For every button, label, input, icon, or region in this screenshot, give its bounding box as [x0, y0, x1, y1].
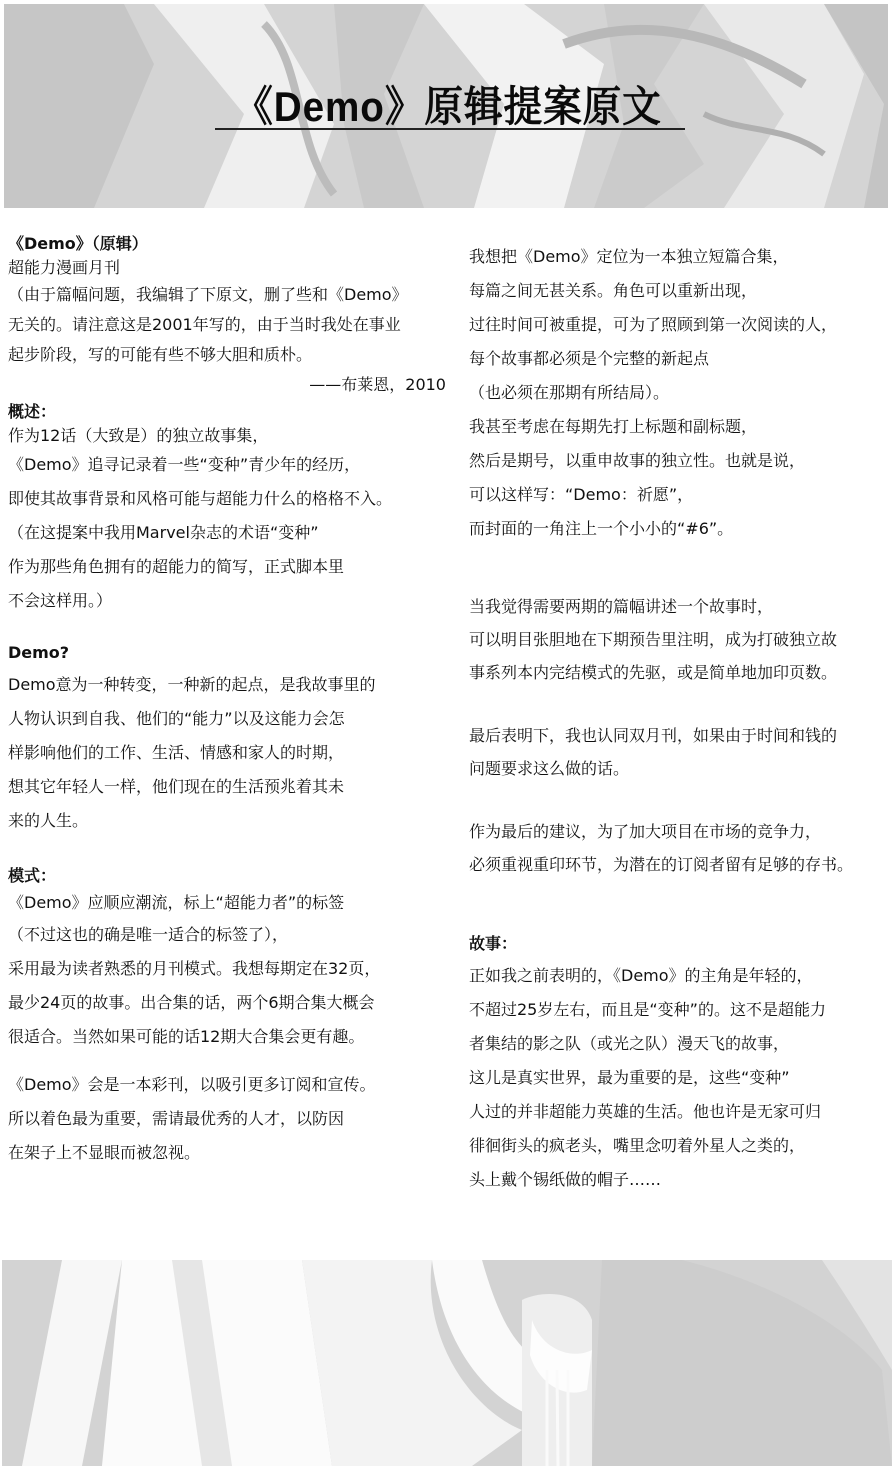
left-column: 《Demo》（原辑） 超能力漫画月刊 （由于篇幅问题，我编辑了下原文，删了些和《…: [8, 232, 448, 1170]
attribution: ——布莱恩，2010: [8, 370, 446, 400]
final-suggestion-line: 必须重视重印环节，为潜在的订阅者留有足够的存书。: [469, 848, 893, 881]
final-suggestion-line: 作为最后的建议，为了加大项目在市场的竞争力，: [469, 815, 893, 848]
intro-note-line: 无关的。请注意这是2001年写的，由于当时我处在事业: [8, 310, 448, 340]
demo-meaning-line: 样影响他们的工作、生活、情感和家人的时期，: [8, 736, 448, 770]
overview-line: 《Demo》追寻记录着一些“变种”青少年的经历，: [8, 448, 448, 482]
demo-meaning-line: 人物认识到自我、他们的“能力”以及这能力会怎: [8, 702, 448, 736]
positioning-line: 可以这样写：“Demo：祈愿”，: [469, 478, 893, 512]
story-line: 徘徊街头的疯老头，嘴里念叨着外星人之类的，: [469, 1129, 893, 1163]
overview-line: 即使其故事背景和风格可能与超能力什么的格格不入。: [8, 482, 448, 516]
bimonthly-line: 最后表明下，我也认同双月刊，如果由于时间和钱的: [469, 719, 893, 752]
story-line: 不超过25岁左右，而且是“变种”的。这不是超能力: [469, 993, 893, 1027]
color-line: 在架子上不显眼而被忽视。: [8, 1136, 448, 1170]
intro-subheading: 超能力漫画月刊: [8, 256, 448, 280]
intro-note-line: （由于篇幅问题，我编辑了下原文，删了些和《Demo》: [8, 280, 448, 310]
page-title: 《Demo》原辑提案原文: [36, 74, 860, 134]
format-line: 很适合。当然如果可能的话12期大合集会更有趣。: [8, 1020, 448, 1054]
positioning-line: 过往时间可被重提，可为了照顾到第一次阅读的人，: [469, 308, 893, 342]
positioning-line: 每篇之间无甚关系。角色可以重新出现，: [469, 274, 893, 308]
format-line: 采用最为读者熟悉的月刊模式。我想每期定在32页，: [8, 952, 448, 986]
demo-meaning-heading: Demo?: [8, 638, 448, 668]
demo-meaning-line: Demo意为一种转变，一种新的起点，是我故事里的: [8, 668, 448, 702]
story-line: 正如我之前表明的，《Demo》的主角是年轻的，: [469, 959, 893, 993]
overview-line: 作为那些角色拥有的超能力的简写，正式脚本里: [8, 550, 448, 584]
positioning-line: 我甚至考虑在每期先打上标题和副标题，: [469, 410, 893, 444]
footer-art-illustration: [2, 1260, 892, 1466]
overview-heading: 概述：: [8, 400, 448, 424]
two-issue-line: 当我觉得需要两期的篇幅讲述一个故事时，: [469, 590, 893, 623]
format-line: 最少24页的故事。出合集的话，两个6期合集大概会: [8, 986, 448, 1020]
positioning-line: 而封面的一角注上一个小小的“#6”。: [469, 512, 893, 546]
title-underline-divider: [215, 128, 685, 130]
positioning-line: 然后是期号，以重申故事的独立性。也就是说，: [469, 444, 893, 478]
bimonthly-line: 问题要求这么做的话。: [469, 752, 893, 785]
overview-line: （在这提案中我用Marvel杂志的术语“变种”: [8, 516, 448, 550]
footer-art-banner: [2, 1260, 892, 1466]
two-issue-line: 可以明目张胆地在下期预告里注明，成为打破独立故: [469, 623, 893, 656]
right-column: 我想把《Demo》定位为一本独立短篇合集， 每篇之间无甚关系。角色可以重新出现，…: [469, 240, 893, 1197]
story-line: 者集结的影之队（或光之队）漫天飞的故事，: [469, 1027, 893, 1061]
color-line: 《Demo》会是一本彩刊，以吸引更多订阅和宣传。: [8, 1068, 448, 1102]
demo-meaning-line: 想其它年轻人一样，他们现在的生活预兆着其未: [8, 770, 448, 804]
two-issue-line: 事系列本内完结模式的先驱，或是简单地加印页数。: [469, 656, 893, 689]
intro-heading: 《Demo》（原辑）: [8, 232, 448, 256]
format-line: （不过这也的确是唯一适合的标签了），: [8, 918, 448, 952]
story-line: 这儿是真实世界，最为重要的是，这些“变种”: [469, 1061, 893, 1095]
overview-line: 作为12话（大致是）的独立故事集，: [8, 424, 448, 448]
story-line: 人过的并非超能力英雄的生活。他也许是无家可归: [469, 1095, 893, 1129]
story-heading: 故事：: [469, 929, 893, 959]
positioning-line: 每个故事都必须是个完整的新起点: [469, 342, 893, 376]
demo-meaning-line: 来的人生。: [8, 804, 448, 838]
title-block: 《Demo》原辑提案原文: [0, 0, 896, 220]
positioning-line: 我想把《Demo》定位为一本独立短篇合集，: [469, 240, 893, 274]
intro-note-line: 起步阶段，写的可能有些不够大胆和质朴。: [8, 340, 448, 370]
positioning-line: （也必须在那期有所结局）。: [469, 376, 893, 410]
story-line: 头上戴个锡纸做的帽子……: [469, 1163, 893, 1197]
overview-line: 不会这样用。）: [8, 584, 448, 618]
color-line: 所以着色最为重要，需请最优秀的人才，以防因: [8, 1102, 448, 1136]
format-line: 《Demo》应顺应潮流，标上“超能力者”的标签: [8, 888, 448, 918]
format-heading: 模式：: [8, 864, 448, 888]
